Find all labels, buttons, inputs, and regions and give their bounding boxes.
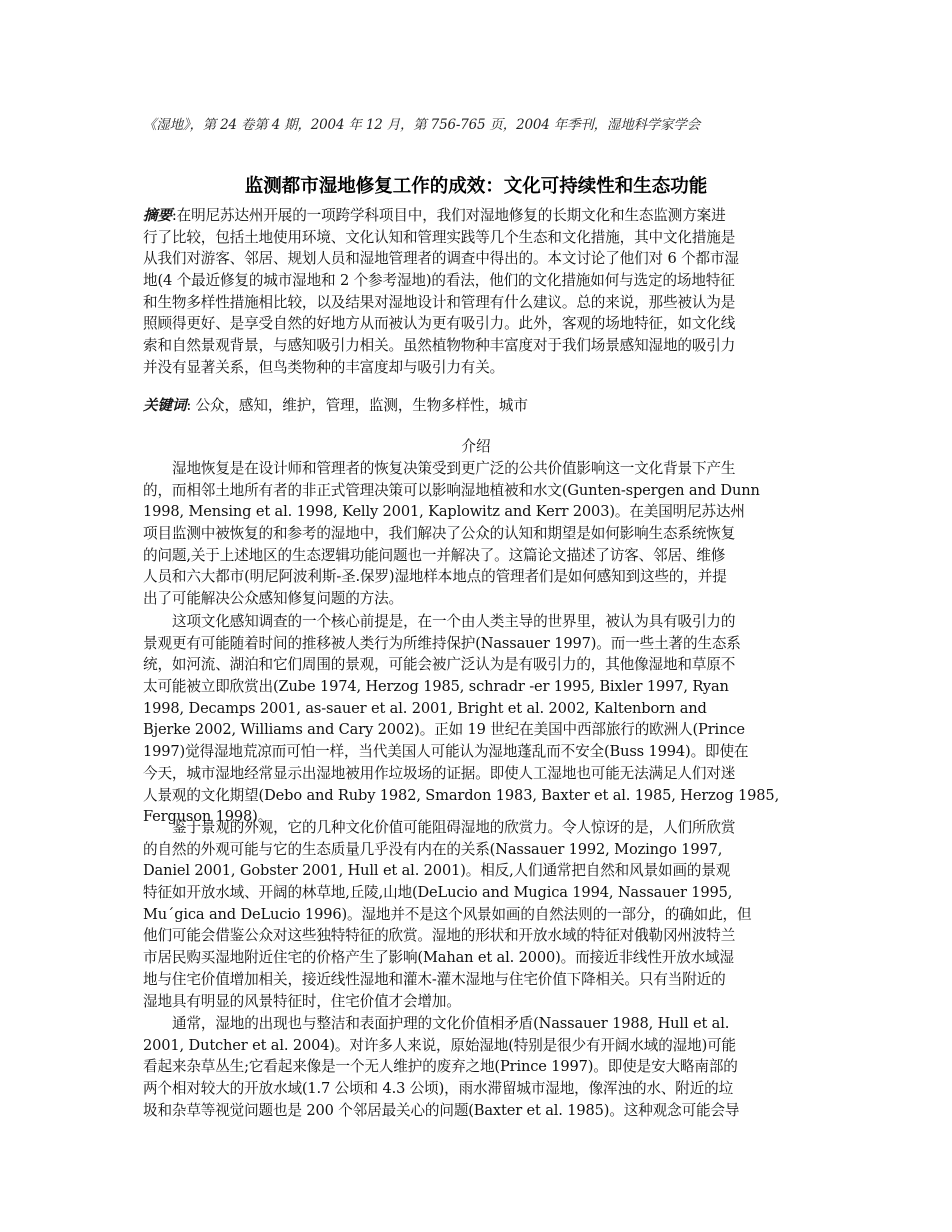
- paper-title: 监测都市湿地修复工作的成效：文化可持续性和生态功能: [0, 172, 952, 198]
- paragraph-line: 这项文化感知调查的一个核心前提是，在一个由人类主导的世界里，被认为具有吸引力的: [143, 611, 823, 633]
- paragraph-line: 地与住宅价值增加相关，接近线性湿地和灌木-灌木湿地与住宅价值下降相关。只有当附近…: [143, 969, 823, 991]
- abstract-section: 摘要:在明尼苏达州开展的一项跨学科项目中，我们对湿地修复的长期文化和生态监测方案…: [143, 205, 823, 379]
- paragraph-line: 两个相对较大的开放水域(1.7 公顷和 4.3 公顷)，雨水滞留城市湿地，像浑浊…: [143, 1078, 823, 1100]
- paragraph-line: 他们可能会借鉴公众对这些独特特征的欣赏。湿地的形状和开放水域的特征对俄勒冈州波特…: [143, 925, 823, 947]
- paragraph-line: Daniel 2001, Gobster 2001, Hull et al. 2…: [143, 860, 823, 882]
- paragraph-line: 市居民购买湿地附近住宅的价格产生了影响(Mahan et al. 2000)。而…: [143, 947, 823, 969]
- paragraph-line: 出了可能解决公众感知修复问题的方法。: [143, 588, 823, 610]
- paragraph-line: 人员和六大都市(明尼阿波利斯-圣.保罗)湿地样本地点的管理者们是如何感知到这些的…: [143, 566, 823, 588]
- paragraph-line: Bjerke 2002, Williams and Cary 2002)。正如 …: [143, 719, 823, 741]
- paragraph-line: 今天，城市湿地经常显示出湿地被用作垃圾场的证据。即使人工湿地也可能无法满足人们对…: [143, 763, 823, 785]
- abstract-line: 并没有显著关系，但鸟类物种的丰富度却与吸引力有关。: [143, 357, 823, 379]
- paragraph-line: 统，如河流、湖泊和它们周围的景观，可能会被广泛认为是有吸引力的，其他像湿地和草原…: [143, 654, 823, 676]
- paragraph-line: 鉴于景观的外观，它的几种文化价值可能阻碍湿地的欣赏力。令人惊讶的是，人们所欣赏: [143, 817, 823, 839]
- keywords-label: 关键词: [143, 397, 186, 414]
- intro-paragraph-3: 鉴于景观的外观，它的几种文化价值可能阻碍湿地的欣赏力。令人惊讶的是，人们所欣赏 …: [143, 817, 823, 1012]
- paragraph-line: 的问题,关于上述地区的生态逻辑功能问题也一并解决了。这篇论文描述了访客、邻居、维…: [143, 545, 823, 567]
- intro-paragraph-1: 湿地恢复是在设计师和管理者的恢复决策受到更广泛的公共价值影响这一文化背景下产生 …: [143, 458, 823, 610]
- paragraph-line: 看起来杂草丛生;它看起来像是一个无人维护的废弃之地(Prince 1997)。即…: [143, 1056, 823, 1078]
- paragraph-line: 1998, Mensing et al. 1998, Kelly 2001, K…: [143, 501, 823, 523]
- abstract-line: 和生物多样性措施相比较，以及结果对湿地设计和管理有什么建议。总的来说，那些被认为…: [143, 292, 823, 314]
- paragraph-line: 湿地具有明显的风景特征时，住宅价值才会增加。: [143, 991, 823, 1013]
- intro-paragraph-4: 通常，湿地的出现也与整洁和表面护理的文化价值相矛盾(Nassauer 1988,…: [143, 1013, 823, 1121]
- journal-citation: 《湿地》，第 24 卷第 4 期，2004 年 12 月，第 756-765 页…: [143, 113, 700, 133]
- abstract-line: 照顾得更好、是享受自然的好地方从而被认为更有吸引力。此外，客观的场地特征，如文化…: [143, 313, 823, 335]
- paragraph-line: 项目监测中被恢复的和参考的湿地中，我们解决了公众的认知和期望是如何影响生态系统恢…: [143, 523, 823, 545]
- paragraph-line: 圾和杂草等视觉问题也是 200 个邻居最关心的问题(Baxter et al. …: [143, 1100, 823, 1122]
- paragraph-line: 湿地恢复是在设计师和管理者的恢复决策受到更广泛的公共价值影响这一文化背景下产生: [143, 458, 823, 480]
- paragraph-line: 人景观的文化期望(Debo and Ruby 1982, Smardon 198…: [143, 785, 823, 807]
- paragraph-line: 2001, Dutcher et al. 2004)。对许多人来说，原始湿地(特…: [143, 1035, 823, 1057]
- paragraph-line: 通常，湿地的出现也与整洁和表面护理的文化价值相矛盾(Nassauer 1988,…: [143, 1013, 823, 1035]
- keywords-section: 关键词: 公众，感知，维护，管理，监测，生物多样性，城市: [143, 395, 823, 417]
- document-page: 《湿地》，第 24 卷第 4 期，2004 年 12 月，第 756-765 页…: [0, 0, 952, 1232]
- abstract-line: 地(4 个最近修复的城市湿地和 2 个参考湿地)的看法，他们的文化措施如何与选定…: [143, 270, 823, 292]
- section-heading-introduction: 介绍: [0, 436, 952, 458]
- abstract-line: 行了比较，包括土地使用环境、文化认知和管理实践等几个生态和文化措施，其中文化措施…: [143, 227, 823, 249]
- paragraph-line: 1998, Decamps 2001, as-sauer et al. 2001…: [143, 698, 823, 720]
- abstract-line: 从我们对游客、邻居、规划人员和湿地管理者的调查中得出的。本文讨论了他们对 6 个…: [143, 248, 823, 270]
- paragraph-line: Mu´gica and DeLucio 1996)。湿地并不是这个风景如画的自然…: [143, 904, 823, 926]
- paragraph-line: 特征如开放水域、开阔的林草地,丘陵,山地(DeLucio and Mugica …: [143, 882, 823, 904]
- abstract-line: 索和自然景观背景，与感知吸引力相关。虽然植物物种丰富度对于我们场景感知湿地的吸引…: [143, 335, 823, 357]
- abstract-line: 摘要:在明尼苏达州开展的一项跨学科项目中，我们对湿地修复的长期文化和生态监测方案…: [143, 205, 823, 227]
- paragraph-line: 太可能被立即欣赏出(Zube 1974, Herzog 1985, schrad…: [143, 676, 823, 698]
- paragraph-line: 景观更有可能随着时间的推移被人类行为所维持保护(Nassauer 1997)。而…: [143, 633, 823, 655]
- paragraph-line: 的，而相邻土地所有者的非正式管理决策可以影响湿地植被和水文(Gunten-spe…: [143, 480, 823, 502]
- intro-paragraph-2: 这项文化感知调查的一个核心前提是，在一个由人类主导的世界里，被认为具有吸引力的 …: [143, 611, 823, 828]
- paragraph-line: 1997)觉得湿地荒凉而可怕一样，当代美国人可能认为湿地蓬乱而不安全(Buss …: [143, 741, 823, 763]
- abstract-label: 摘要: [143, 207, 172, 224]
- keywords-line: 关键词: 公众，感知，维护，管理，监测，生物多样性，城市: [143, 395, 823, 417]
- paragraph-line: 的自然的外观可能与它的生态质量几乎没有内在的关系(Nassauer 1992, …: [143, 839, 823, 861]
- keywords-text: : 公众，感知，维护，管理，监测，生物多样性，城市: [186, 397, 527, 414]
